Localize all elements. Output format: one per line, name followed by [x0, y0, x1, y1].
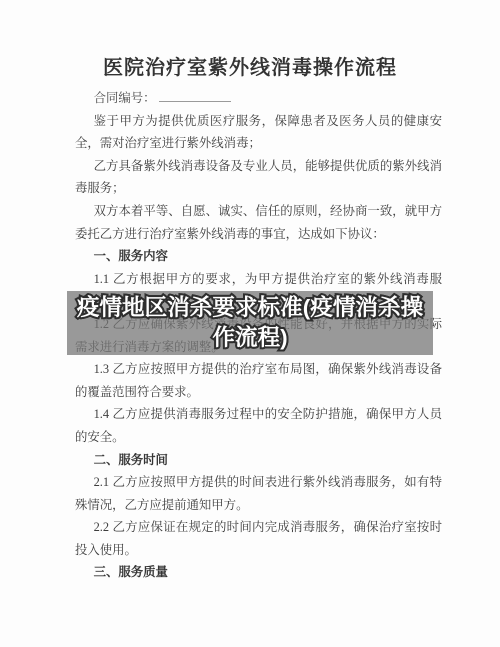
paragraph: 双方本着平等、自愿、诚实、信任的原则，经协商一致，就甲方委托乙方进行治疗室紫外线…	[75, 200, 442, 245]
document-page: 医院治疗室紫外线消毒操作流程 合同编号： 鉴于甲方为提供优质医疗服务，保障患者及…	[0, 0, 500, 647]
section-heading: 一、服务内容	[75, 245, 442, 268]
paragraph: 1.2 乙方应确保紫外线消毒设备的性能良好，并根据甲方的实际需求进行消毒方案的调…	[75, 313, 442, 358]
contract-number-line: 合同编号：	[75, 87, 442, 110]
paragraph: 2.1 乙方应按照甲方提供的时间表进行紫外线消毒服务，如有特殊情况，乙方应提前通…	[75, 471, 442, 516]
contract-number-label: 合同编号：	[94, 91, 156, 105]
document-content: 合同编号： 鉴于甲方为提供优质医疗服务，保障患者及医务人员的健康安全，需对治疗室…	[0, 87, 500, 584]
paragraph: 1.3 乙方应按照甲方提供的治疗室布局图，确保紫外线消毒设备的覆盖范围符合要求。	[75, 358, 442, 403]
paragraph: 1.4 乙方应提供消毒服务过程中的安全防护措施，确保甲方人员的安全。	[75, 403, 442, 448]
paragraph: 1.1 乙方根据甲方的要求，为甲方提供治疗室的紫外线消毒服务。	[75, 268, 442, 313]
paragraph: 2.2 乙方应保证在规定的时间内完成消毒服务，确保治疗室按时投入使用。	[75, 516, 442, 561]
paragraph: 乙方具备紫外线消毒设备及专业人员，能够提供优质的紫外线消毒服务；	[75, 155, 442, 200]
paragraph: 鉴于甲方为提供优质医疗服务，保障患者及医务人员的健康安全，需对治疗室进行紫外线消…	[75, 110, 442, 155]
contract-number-blank	[159, 89, 231, 102]
section-heading: 二、服务时间	[75, 449, 442, 472]
document-title: 医院治疗室紫外线消毒操作流程	[0, 0, 500, 82]
section-heading: 三、服务质量	[75, 561, 442, 584]
document-body: 鉴于甲方为提供优质医疗服务，保障患者及医务人员的健康安全，需对治疗室进行紫外线消…	[75, 110, 442, 584]
